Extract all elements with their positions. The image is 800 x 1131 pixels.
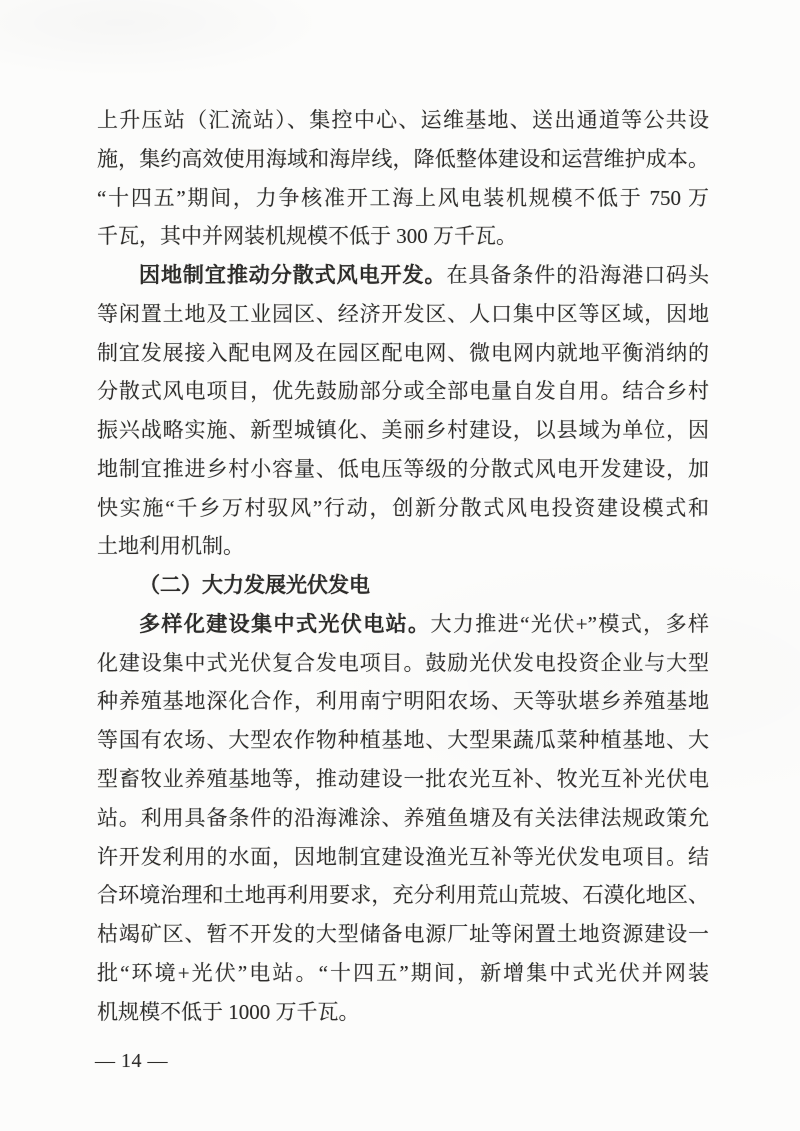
text-run: 快实施“千乡万村驭风”行动，创新分散式风电投资建设模式和	[97, 496, 709, 520]
text-line: 施，集约高效使用海域和海岸线，降低整体建设和运营维护成本。	[97, 140, 709, 179]
page-number: — 14 —	[95, 1050, 168, 1073]
text-line: 等闲置土地及工业园区、经济开发区、人口集中区等区域，因地	[97, 295, 709, 334]
text-line: 机规模不低于 1000 万千瓦。	[97, 993, 709, 1032]
text-run: 土地利用机制。	[97, 534, 244, 558]
text-line: 千瓦，其中并网装机规模不低于 300 万千瓦。	[97, 217, 709, 256]
text-run: 地制宜推进乡村小容量、低电压等级的分散式风电开发建设，加	[97, 457, 709, 481]
text-line: 因地制宜推动分散式风电开发。在具备条件的沿海港口码头	[97, 256, 709, 295]
text-run: “十四五”期间，力争核准开工海上风电装机规模不低于 750 万	[97, 186, 709, 210]
text-run: 上升压站（汇流站）、集控中心、运维基地、送出通道等公共设	[97, 108, 709, 132]
text-run: 合环境治理和土地再利用要求，充分利用荒山荒坡、石漠化地区、	[97, 883, 709, 907]
text-run: 大力推进“光伏+”模式，多样	[430, 612, 709, 636]
text-line: 枯竭矿区、暂不开发的大型储备电源厂址等闲置土地资源建设一	[97, 915, 709, 954]
text-line: 制宜发展接入配电网及在园区配电网、微电网内就地平衡消纳的	[97, 334, 709, 373]
text-line: 批“环境+光伏”电站。“十四五”期间，新增集中式光伏并网装	[97, 954, 709, 993]
text-run: 站。利用具备条件的沿海滩涂、养殖鱼塘及有关法律法规政策允	[97, 806, 709, 830]
bold-text-run: 多样化建设集中式光伏电站。	[139, 612, 430, 636]
text-run: 分散式风电项目，优先鼓励部分或全部电量自发自用。结合乡村	[97, 379, 709, 403]
text-line: 分散式风电项目，优先鼓励部分或全部电量自发自用。结合乡村	[97, 372, 709, 411]
document-text-block: 上升压站（汇流站）、集控中心、运维基地、送出通道等公共设施，集约高效使用海域和海…	[97, 101, 709, 1031]
text-run: 在具备条件的沿海港口码头	[446, 263, 709, 287]
document-page: 上升压站（汇流站）、集控中心、运维基地、送出通道等公共设施，集约高效使用海域和海…	[0, 0, 800, 1131]
bold-text-run: 因地制宜推动分散式风电开发。	[139, 263, 446, 287]
bold-text-run: （二）大力发展光伏发电	[139, 573, 370, 597]
text-run: 化建设集中式光伏复合发电项目。鼓励光伏发电投资企业与大型	[97, 651, 709, 675]
text-run: 等国有农场、大型农作物种植基地、大型果蔬瓜菜种植基地、大	[97, 728, 709, 752]
text-run: 施，集约高效使用海域和海岸线，降低整体建设和运营维护成本。	[97, 147, 709, 171]
text-run: 千瓦，其中并网装机规模不低于 300 万千瓦。	[97, 224, 517, 248]
text-run: 型畜牧业养殖基地等，推动建设一批农光互补、牧光互补光伏电	[97, 767, 709, 791]
text-run: 枯竭矿区、暂不开发的大型储备电源厂址等闲置土地资源建设一	[97, 922, 709, 946]
text-line: 多样化建设集中式光伏电站。大力推进“光伏+”模式，多样	[97, 605, 709, 644]
text-line: 型畜牧业养殖基地等，推动建设一批农光互补、牧光互补光伏电	[97, 760, 709, 799]
text-line: 土地利用机制。	[97, 527, 709, 566]
text-run: 种养殖基地深化合作，利用南宁明阳农场、天等驮堪乡养殖基地	[97, 689, 709, 713]
text-line: 地制宜推进乡村小容量、低电压等级的分散式风电开发建设，加	[97, 450, 709, 489]
text-line: （二）大力发展光伏发电	[97, 566, 709, 605]
text-line: “十四五”期间，力争核准开工海上风电装机规模不低于 750 万	[97, 179, 709, 218]
text-run: 等闲置土地及工业园区、经济开发区、人口集中区等区域，因地	[97, 302, 709, 326]
text-line: 快实施“千乡万村驭风”行动，创新分散式风电投资建设模式和	[97, 489, 709, 528]
text-line: 合环境治理和土地再利用要求，充分利用荒山荒坡、石漠化地区、	[97, 876, 709, 915]
text-line: 种养殖基地深化合作，利用南宁明阳农场、天等驮堪乡养殖基地	[97, 682, 709, 721]
text-line: 上升压站（汇流站）、集控中心、运维基地、送出通道等公共设	[97, 101, 709, 140]
text-line: 振兴战略实施、新型城镇化、美丽乡村建设，以县域为单位，因	[97, 411, 709, 450]
text-run: 批“环境+光伏”电站。“十四五”期间，新增集中式光伏并网装	[97, 961, 709, 985]
text-run: 许开发利用的水面，因地制宜建设渔光互补等光伏发电项目。结	[97, 845, 709, 869]
text-line: 站。利用具备条件的沿海滩涂、养殖鱼塘及有关法律法规政策允	[97, 799, 709, 838]
text-run: 振兴战略实施、新型城镇化、美丽乡村建设，以县域为单位，因	[97, 418, 709, 442]
text-run: 制宜发展接入配电网及在园区配电网、微电网内就地平衡消纳的	[97, 341, 709, 365]
text-run: 机规模不低于 1000 万千瓦。	[97, 1000, 360, 1024]
text-line: 化建设集中式光伏复合发电项目。鼓励光伏发电投资企业与大型	[97, 644, 709, 683]
text-line: 等国有农场、大型农作物种植基地、大型果蔬瓜菜种植基地、大	[97, 721, 709, 760]
text-line: 许开发利用的水面，因地制宜建设渔光互补等光伏发电项目。结	[97, 838, 709, 877]
